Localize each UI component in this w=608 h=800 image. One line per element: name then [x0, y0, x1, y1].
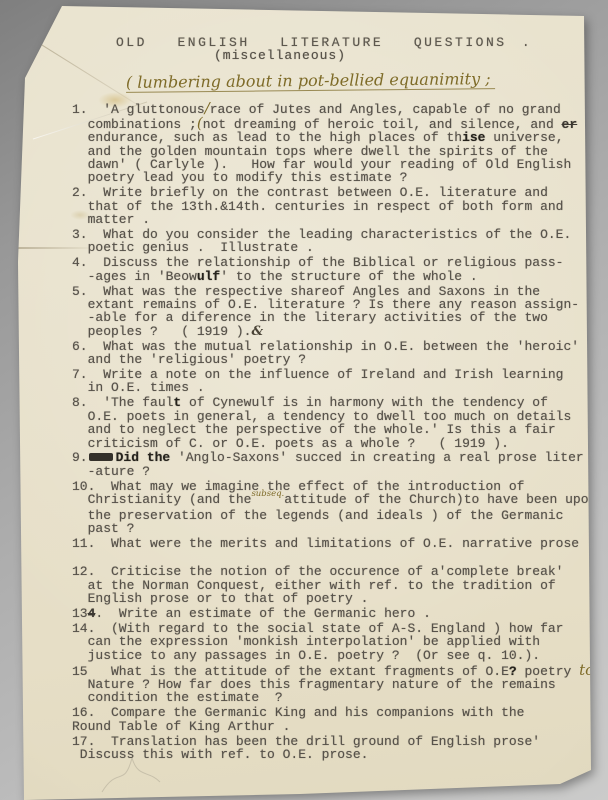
question-1: 1. 'A gluttonous/race of Jutes and Angle… [72, 102, 594, 184]
overtyped-text: ? [509, 664, 517, 679]
question-text: 17. Translation has been the drill groun… [72, 735, 594, 748]
question-7: 7. Write a note on the influence of Irel… [72, 368, 594, 395]
question-text: 1. 'A gluttonous [72, 102, 205, 117]
ink-slash-mark: / [205, 99, 210, 117]
scanned-document: OLD ENGLISH LITERATURE QUESTIONS . (misc… [0, 0, 608, 800]
question-text: . Write an estimate of the Germanic hero… [95, 606, 430, 621]
question-text: 2. Write briefly on the contrast between… [72, 186, 594, 199]
question-text: matter . [72, 213, 594, 226]
question-11: 11. What were the merits and limitations… [72, 537, 594, 550]
question-text: universe, [485, 130, 563, 145]
paper-crease [33, 101, 147, 139]
question-text: and the golden mountain tops where dwell… [72, 145, 594, 158]
overtyped-text: t [173, 395, 181, 410]
question-text: attitude of the Church)to have been upon [284, 492, 596, 507]
handwritten-word: to [579, 661, 594, 679]
paper-crease [21, 32, 149, 112]
question-text: at the Norman Conquest, either with ref.… [72, 579, 594, 592]
question-text: 16. Compare the Germanic King and his co… [72, 706, 594, 719]
question-text: English prose or to that of poetry . [72, 592, 594, 605]
question-9: 9.Did the 'Anglo-Saxons' succed in creat… [72, 451, 594, 478]
question-text: 15 What is the attitude of the extant fr… [72, 664, 509, 679]
question-13: 134. Write an estimate of the Germanic h… [72, 607, 594, 620]
question-text: 4. Discuss the relationship of the Bibli… [72, 256, 594, 269]
question-text: and the 'religious' poetry ? [72, 353, 594, 366]
question-12: 12. Criticise the notion of the occurenc… [72, 565, 594, 605]
question-text: in O.E. times . [72, 381, 594, 394]
overtyped-text: ulf [197, 269, 220, 284]
question-text: and to neglect the perspective of the wh… [72, 423, 594, 436]
paper-stain [98, 92, 132, 108]
question-text: past ? [72, 522, 594, 535]
paper-sheet: OLD ENGLISH LITERATURE QUESTIONS . (misc… [0, 0, 608, 800]
paper-stain [70, 210, 90, 220]
question-text: poetry [517, 664, 579, 679]
question-5: 5. What was the respective shareof Angle… [72, 285, 594, 339]
page-subtitle: (miscellaneous) [214, 49, 594, 62]
struck-word: er [562, 117, 578, 132]
question-text: that of the 13th.&14th. centuries in res… [72, 200, 594, 213]
question-text: poetry lead you to modify this estimate … [72, 171, 594, 184]
question-10: 10. What may we imagine the effect of th… [72, 480, 594, 536]
struck-digit: 4 [88, 606, 96, 621]
question-text: criticism of C. or O.E. poets as a whole… [72, 437, 594, 450]
question-text: race of Jutes and Angles, capable of no … [210, 102, 561, 117]
ink-flourish-mark: & [251, 324, 262, 339]
page-title: OLD ENGLISH LITERATURE QUESTIONS . [116, 36, 594, 49]
question-text: ' to the structure of the whole . [220, 269, 477, 284]
question-17: 17. Translation has been the drill groun… [72, 735, 594, 762]
question-text: O.E. poets in general, a tendency to dwe… [72, 410, 594, 423]
question-14: 14. (With regard to the social state of … [72, 622, 594, 662]
question-text: peoples ? ( 1919 ). [72, 324, 251, 339]
typewritten-text: OLD ENGLISH LITERATURE QUESTIONS . (misc… [72, 36, 594, 762]
question-text: dawn' ( Carlyle ). How far would your re… [72, 158, 594, 171]
question-text: condition the estimate ? [72, 691, 594, 704]
question-6: 6. What was the mutual relationship in O… [72, 340, 594, 367]
struck-out-word [89, 453, 113, 461]
question-text: 11. What were the merits and limitations… [72, 537, 594, 550]
question-text: 8. 'The faul [72, 395, 173, 410]
question-4: 4. Discuss the relationship of the Bibli… [72, 256, 594, 283]
paper-surface: OLD ENGLISH LITERATURE QUESTIONS . (misc… [0, 0, 608, 800]
pencil-scribble [90, 748, 200, 798]
paper-crease [18, 247, 98, 249]
question-text: 6. What was the mutual relationship in O… [72, 340, 594, 353]
question-text: the preservation of the legends (and ide… [72, 509, 594, 522]
question-8: 8. 'The fault of Cynewulf is in harmony … [72, 396, 594, 450]
question-text: -ature ? [72, 465, 594, 478]
question-text: Christianity (and the [72, 492, 251, 507]
handwritten-annotation: ( lumbering about in pot-bellied equanim… [126, 70, 495, 93]
question-text: 13 [72, 606, 88, 621]
question-text: 3. What do you consider the leading char… [72, 228, 594, 241]
question-text: 14. (With regard to the social state of … [72, 622, 594, 635]
question-text: poetic genius . Illustrate . [72, 241, 594, 254]
question-text: endurance, such as lead to the high plac… [72, 130, 462, 145]
question-3: 3. What do you consider the leading char… [72, 228, 594, 255]
handwritten-insertion: subseq. [251, 489, 284, 499]
question-text: justice to any passages in O.E. poetry ?… [72, 649, 594, 662]
question-text: 9. [72, 450, 88, 465]
question-text: 10. What may we imagine the effect of th… [72, 480, 594, 493]
question-15: 15 What is the attitude of the extant fr… [72, 664, 594, 705]
question-text: 12. Criticise the notion of the occurenc… [72, 565, 594, 578]
question-text: 5. What was the respective shareof Angle… [72, 285, 594, 298]
question-16: 16. Compare the Germanic King and his co… [72, 706, 594, 733]
question-text: Round Table of King Arthur . [72, 720, 594, 733]
question-text: Discuss this with ref. to O.E. prose. [72, 748, 594, 761]
question-text: combinations ; [72, 117, 197, 132]
question-text: of Cynewulf is in harmony with the tende… [181, 395, 548, 410]
question-text: Nature ? How far does this fragmentary n… [72, 678, 594, 691]
question-text: not dreaming of heroic toil, and silence… [203, 117, 562, 132]
overtyped-text: ise [462, 130, 485, 145]
question-text: 7. Write a note on the influence of Irel… [72, 368, 594, 381]
overtyped-text: Did the [116, 450, 171, 465]
ink-paren-mark: ( [197, 114, 203, 132]
question-text: -able for a diference in the literary ac… [72, 311, 594, 324]
question-text: can the expression 'monkish interpolatio… [72, 635, 594, 648]
question-text: -ages in 'Beow [72, 269, 197, 284]
question-text: extant remains of O.E. literature ? Is t… [72, 298, 594, 311]
question-2: 2. Write briefly on the contrast between… [72, 186, 594, 226]
question-text: 'Anglo-Saxons' succed in creating a real… [170, 450, 583, 465]
